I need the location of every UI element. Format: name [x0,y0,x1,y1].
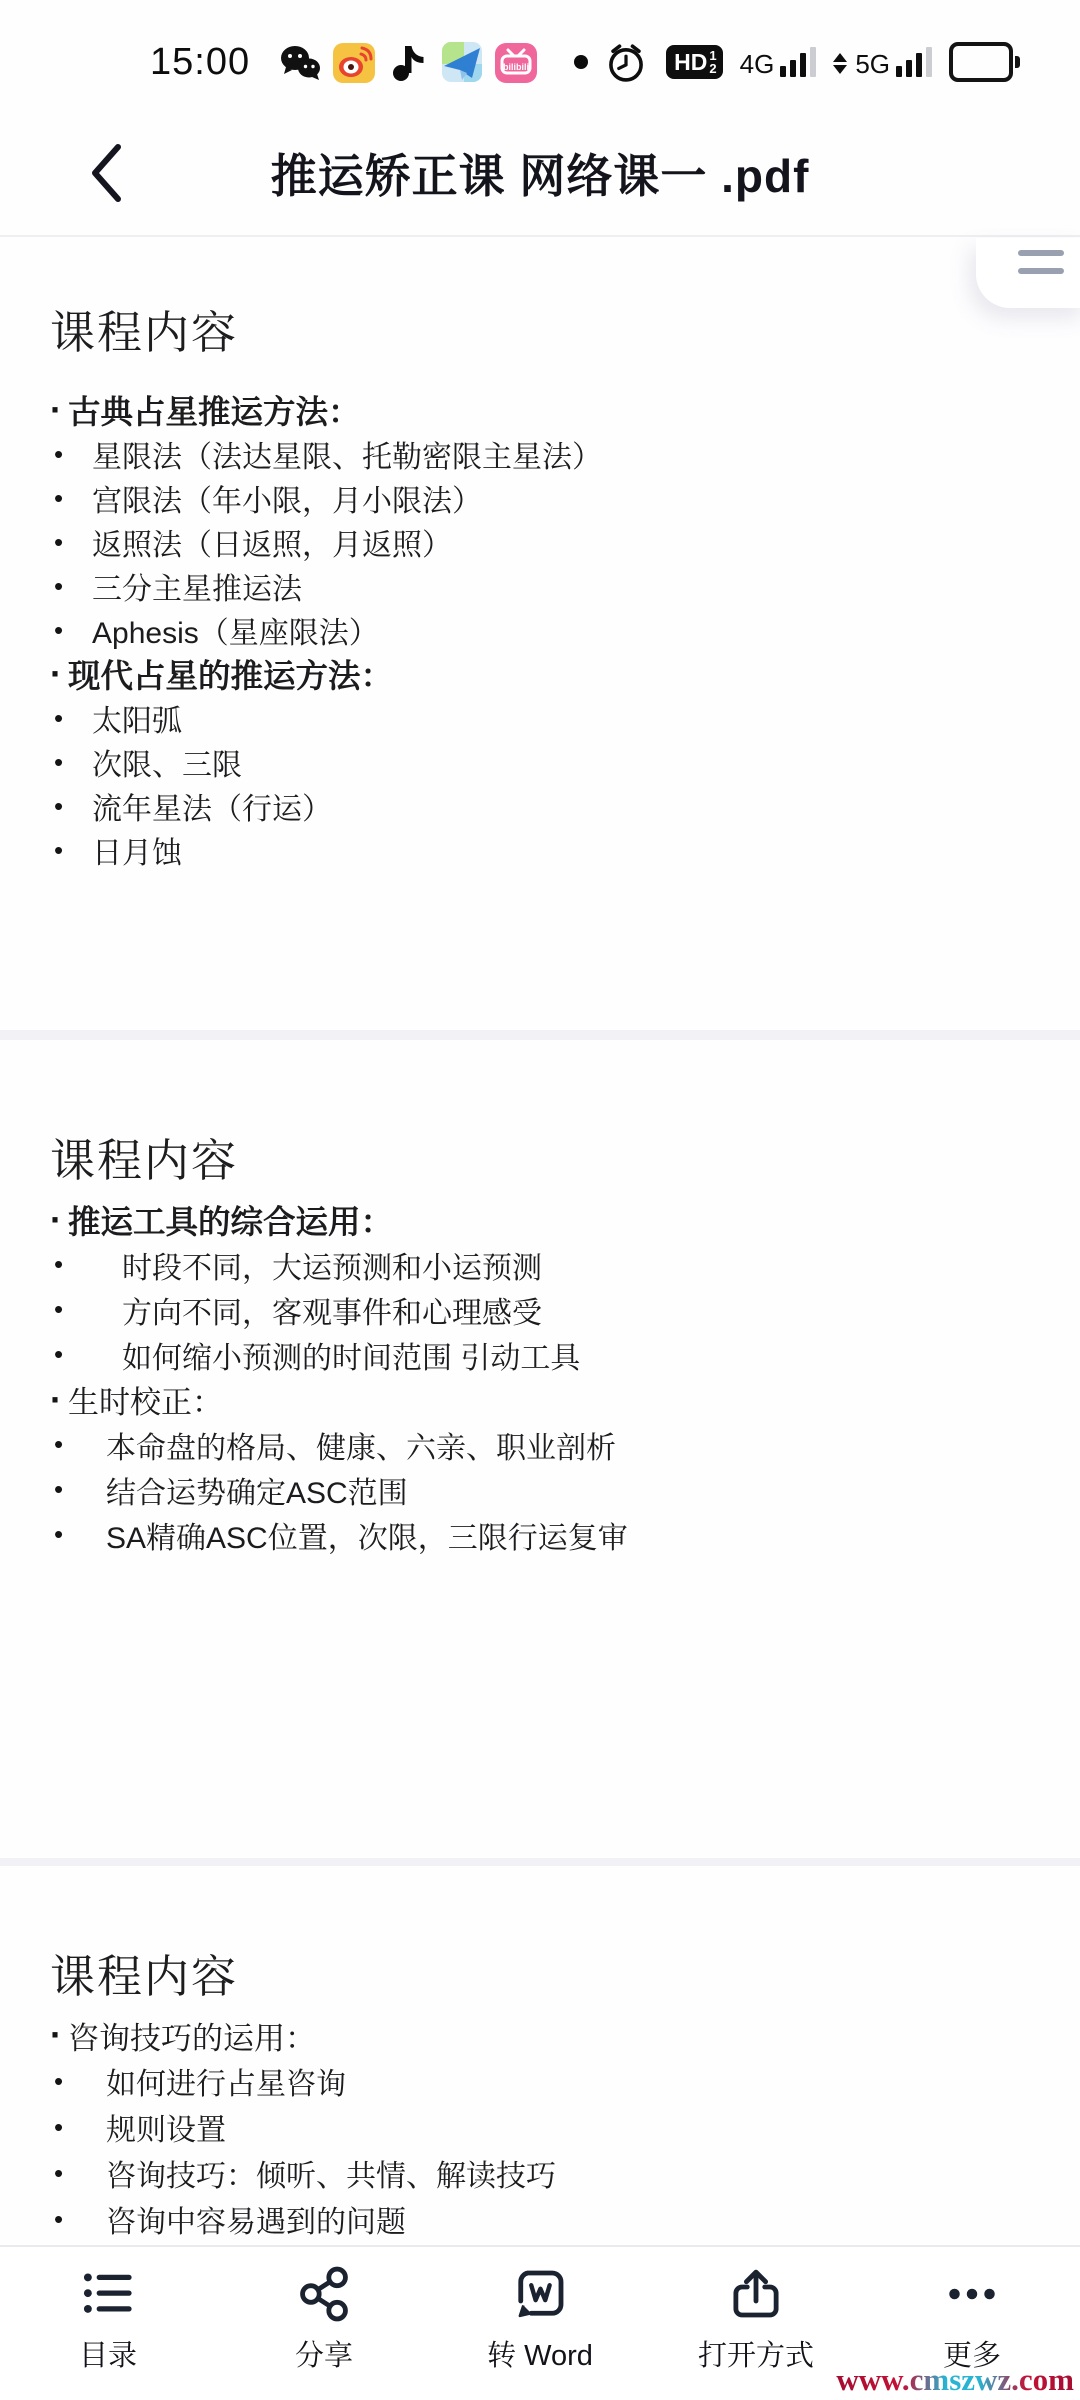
bullet-icon: · [50,1199,62,1241]
list-item: •SA精确ASC位置，次限，三限行运复审 [50,1512,1052,1557]
bullet-icon: • [54,439,72,470]
document-title: 推运矫正课 网络课一 .pdf [271,140,810,206]
list-item-text: 次限、三限 [92,740,242,784]
signal-4g-icon: 4G [740,47,817,77]
list-item-text: 星限法（法达星限、托勒密限主星法） [92,432,602,476]
list-item: •结合运势确定ASC范围 [50,1467,1052,1512]
status-bar-right: HD 1 2 4G 5G [603,38,1020,86]
list-item-text: Aphesis（星座限法） [92,608,379,652]
list-item: •返照法（日返照，月返照） [50,520,1052,564]
bullet-icon: • [54,2204,72,2235]
page-heading: 课程内容 [50,1135,1052,1187]
more-icon [940,2266,1004,2322]
bullet-icon: • [54,2158,72,2189]
weibo-icon [332,40,376,84]
list-item: •如何进行占星咨询 [50,2058,1052,2104]
page-heading: 课程内容 [50,1951,1052,2003]
svg-text:bilibili: bilibili [503,62,529,72]
float-tool-handle[interactable] [976,238,1080,308]
list-item: ·古典占星推运方法： [50,388,1052,432]
list-item: •三分主星推运法 [50,564,1052,608]
list-item-text: 推运工具的综合运用： [68,1197,393,1243]
bullet-icon: • [54,1474,72,1505]
signal-5g-icon: 5G [833,47,932,77]
hd-sim-numbers: 1 2 [709,49,716,75]
pdf-page: 课程内容 ·推运工具的综合运用：•时段不同，大运预测和小运预测•方向不同，客观事… [0,1040,1080,1858]
pdf-viewer-content[interactable]: 课程内容 ·古典占星推运方法：•星限法（法达星限、托勒密限主星法）•宫限法（年小… [0,237,1080,2245]
list-item: •太阳弧 [50,696,1052,740]
battery-icon [949,42,1020,82]
bullet-icon: • [54,2112,72,2143]
toolbar-item-convert-word[interactable]: 转 Word [432,2247,648,2400]
toolbar-label: 目录 [79,2333,137,2374]
bullet-icon: · [50,1379,62,1421]
list-item: •星限法（法达星限、托勒密限主星法） [50,432,1052,476]
list-item: ·推运工具的综合运用： [50,1197,1052,1242]
list-item: •本命盘的格局、健康、六亲、职业剖析 [50,1422,1052,1467]
drag-bar-icon [1018,268,1064,274]
list-item-text: 咨询技巧的运用： [68,2013,316,2058]
title-bar: 推运矫正课 网络课一 .pdf [0,110,1080,237]
alarm-clock-icon [603,38,649,86]
page-list: ·推运工具的综合运用：•时段不同，大运预测和小运预测•方向不同，客观事件和心理感… [50,1197,1052,1557]
wechat-icon [278,40,322,84]
list-item: •如何缩小预测的时间范围 引动工具 [50,1332,1052,1377]
toolbar-item-open-with[interactable]: 打开方式 [648,2247,864,2400]
bullet-icon: • [54,615,72,646]
list-item-text: SA精确ASC位置，次限，三限行运复审 [106,1513,628,1557]
bullet-icon: • [54,703,72,734]
bullet-icon: • [54,2066,72,2097]
list-item: •宫限法（年小限，月小限法） [50,476,1052,520]
bullet-icon: • [54,835,72,866]
toolbar-label: 转 Word [487,2333,593,2374]
list-item-text: 太阳弧 [92,696,182,740]
page-list: ·咨询技巧的运用：•如何进行占星咨询•规则设置•咨询技巧：倾听、共情、解读技巧•… [50,2012,1052,2242]
list-item-text: 流年星法（行运） [92,784,332,828]
notification-dot-icon [574,55,588,69]
list-item: •流年星法（行运） [50,784,1052,828]
word-convert-icon [511,2266,569,2322]
back-button[interactable] [80,140,132,206]
list-item-text: 结合运势确定ASC范围 [106,1468,408,1512]
drag-bar-icon [1018,250,1064,256]
list-item: •次限、三限 [50,740,1052,784]
list-item-text: 方向不同，客观事件和心理感受 [122,1288,542,1332]
bullet-icon: • [54,483,72,514]
bullet-icon: • [54,1294,72,1325]
list-item-text: 咨询中容易遇到的问题 [106,2197,406,2241]
bullet-icon: • [54,791,72,822]
list-item-text: 三分主星推运法 [92,564,302,608]
bilibili-icon: bilibili [494,40,538,84]
pdf-page: 课程内容 ·古典占星推运方法：•星限法（法达星限、托勒密限主星法）•宫限法（年小… [0,237,1080,1030]
list-item: •Aphesis（星座限法） [50,608,1052,652]
list-item: •咨询中容易遇到的问题 [50,2196,1052,2242]
toolbar-item-share[interactable]: 分享 [216,2247,432,2400]
list-item-text: 古典占星推运方法： [68,387,361,433]
list-item: •规则设置 [50,2104,1052,2150]
bullet-icon: • [54,747,72,778]
open-with-icon [727,2266,785,2322]
bullet-icon: • [54,1249,72,1280]
bullet-icon: • [54,1339,72,1370]
data-updown-icon [833,53,847,74]
volte-hd-icon: HD 1 2 [666,45,722,79]
list-item-text: 如何缩小预测的时间范围 引动工具 [122,1333,580,1377]
bullet-icon: · [50,2014,62,2056]
status-bar: 15:00 [0,0,1080,110]
bullet-icon: · [50,389,62,431]
page-heading: 课程内容 [50,307,1052,359]
list-item: ·生时校正： [50,1377,1052,1422]
list-item-text: 本命盘的格局、健康、六亲、职业剖析 [106,1423,616,1467]
toc-icon [78,2266,138,2322]
toolbar-label: 分享 [295,2333,353,2374]
list-item-text: 日月蚀 [92,828,182,872]
list-item-text: 返照法（日返照，月返照） [92,520,452,564]
list-item-text: 时段不同，大运预测和小运预测 [122,1243,542,1287]
status-bar-left: 15:00 [150,40,588,84]
bullet-icon: • [54,571,72,602]
list-item: •时段不同，大运预测和小运预测 [50,1242,1052,1287]
list-item: ·现代占星的推运方法： [50,652,1052,696]
list-item-text: 宫限法（年小限，月小限法） [92,476,482,520]
bullet-icon: · [50,653,62,695]
back-chevron-icon [88,142,124,204]
telegram-icon [440,40,484,84]
bullet-icon: • [54,1519,72,1550]
list-item: •日月蚀 [50,828,1052,872]
list-item-text: 咨询技巧：倾听、共情、解读技巧 [106,2151,556,2195]
toolbar-item-catalog[interactable]: 目录 [0,2247,216,2400]
page-list: ·古典占星推运方法：•星限法（法达星限、托勒密限主星法）•宫限法（年小限，月小限… [50,388,1052,872]
clock-time: 15:00 [150,41,250,84]
bullet-icon: • [54,527,72,558]
list-item-text: 生时校正： [68,1377,223,1422]
list-item-text: 如何进行占星咨询 [106,2059,346,2103]
list-item-text: 规则设置 [106,2105,226,2149]
list-item: ·咨询技巧的运用： [50,2012,1052,2058]
tiktok-icon [386,40,430,84]
watermark: www.cmszwz.com [836,2362,1074,2398]
list-item: •咨询技巧：倾听、共情、解读技巧 [50,2150,1052,2196]
share-icon [295,2266,353,2322]
pdf-page: 课程内容 ·咨询技巧的运用：•如何进行占星咨询•规则设置•咨询技巧：倾听、共情、… [0,1866,1080,2245]
toolbar-label: 打开方式 [698,2333,814,2374]
list-item: •方向不同，客观事件和心理感受 [50,1287,1052,1332]
bullet-icon: • [54,1429,72,1460]
list-item-text: 现代占星的推运方法： [68,651,393,697]
